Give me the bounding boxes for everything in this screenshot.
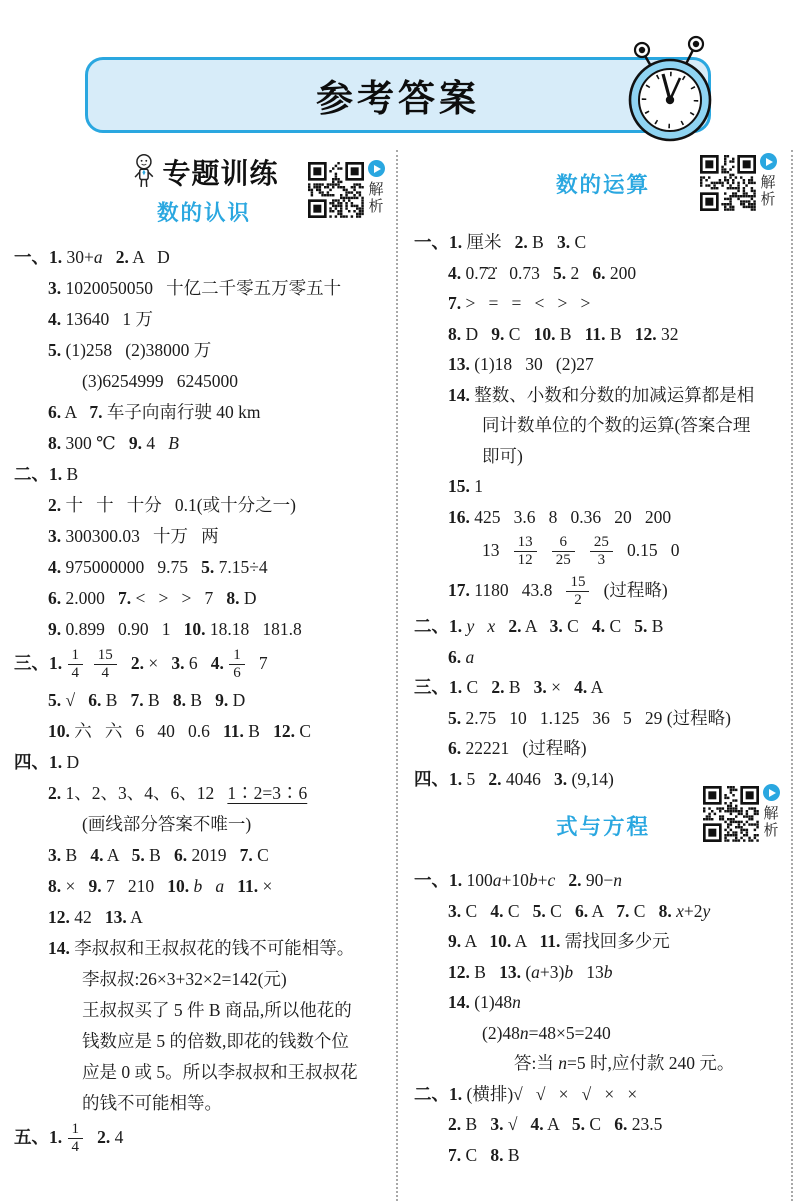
page-title: 参考答案 [316, 68, 480, 122]
answer-lines-number-recognition: 一、1. 30+a 2. A D3. 1020050050 十亿二千零五万零五十… [14, 242, 386, 1158]
answer-line: 8. × 9. 7 210 10. b a 11. × [14, 871, 386, 902]
answer-line: 5. 2.75 10 1.125 36 5 29 (过程略) [414, 703, 792, 734]
left-column-header: 专题训练 数的认识 解析 [14, 152, 386, 238]
fraction: 14 [68, 647, 84, 683]
qr-block: 解析 [700, 155, 778, 211]
fraction: 16 [229, 647, 245, 683]
answer-line: 14. (1)48n [414, 987, 792, 1018]
answer-line: 2. 十 十 十分 0.1(或十分之一) [14, 490, 386, 521]
answer-line: (2)48n=48×5=240 [414, 1018, 792, 1049]
answer-line: 3. 1020050050 十亿二千零五万零五十 [14, 273, 386, 304]
answer-line: (画线部分答案不唯一) [14, 809, 386, 840]
answer-line: 一、1. 30+a 2. A D [14, 242, 386, 273]
answer-line: 12. 42 13. A [14, 902, 386, 933]
qr-label: 解析 [368, 182, 385, 217]
answer-line: 一、1. 100a+10b+c 2. 90−n [414, 865, 792, 896]
answer-line: 10. 六 六 6 40 0.6 11. B 12. C [14, 716, 386, 747]
column-divider [396, 150, 398, 1201]
fraction: 253 [590, 534, 613, 570]
play-icon [368, 160, 385, 177]
answer-page: 参考答案 [0, 0, 800, 1201]
qr-code-icon [703, 786, 759, 842]
answer-line: 4. 13640 1 万 [14, 304, 386, 335]
answer-line: 二、1. (横排)√ √ × √ × × [414, 1079, 792, 1110]
answer-line: 李叔叔:26×3+32×2=142(元) [14, 964, 386, 995]
qr-block: 解析 [308, 162, 386, 218]
answer-line: 16. 425 3.6 8 0.36 20 200 [414, 502, 792, 533]
left-column: 专题训练 数的认识 解析 一、1. 30+a 2. A D3. 10200500… [14, 152, 386, 1158]
answer-line: 即可) [414, 441, 792, 472]
answer-line: 14. 整数、小数和分数的加减运算都是相 [414, 380, 792, 411]
answer-line: 2. B 3. √ 4. A 5. C 6. 23.5 [414, 1109, 792, 1140]
brand-title: 专题训练 [162, 152, 278, 192]
answer-line: 13 1312 625 253 0.15 0 [414, 532, 792, 572]
answer-line: 3. C 4. C 5. C 6. A 7. C 8. x+2y [414, 896, 792, 927]
answer-line: 5. √ 6. B 7. B 8. B 9. D [14, 685, 386, 716]
answer-line: 9. 0.899 0.90 1 10. 18.18 181.8 [14, 614, 386, 645]
answer-line: 一、1. 厘米 2. B 3. C [414, 227, 792, 258]
answer-line: 7. C 8. B [414, 1140, 792, 1171]
fraction: 14 [68, 1121, 84, 1157]
section-header-number-operations: 数的运算 解析 [414, 152, 792, 223]
answer-line: 王叔叔买了 5 件 B 商品,所以他花的 [14, 995, 386, 1026]
answer-line: 三、1. C 2. B 3. × 4. A [414, 672, 792, 703]
answer-line: 二、1. y x 2. A 3. C 4. C 5. B [414, 611, 792, 642]
answer-line: 6. 2.000 7. < > > 7 8. D [14, 583, 386, 614]
answer-line: 二、1. B [14, 459, 386, 490]
answer-lines-number-operations: 一、1. 厘米 2. B 3. C4. 0.7̇2̇ 0.73 5. 2 6. … [414, 227, 792, 794]
answer-line: 15. 1 [414, 471, 792, 502]
answer-line: 8. D 9. C 10. B 11. B 12. 32 [414, 319, 792, 350]
answer-line: 6. A 7. 车子向南行驶 40 km [14, 397, 386, 428]
answer-line: (3)6254999 6245000 [14, 366, 386, 397]
answer-line: 应是 0 或 5。所以李叔叔和王叔叔花 [14, 1057, 386, 1088]
fraction: 152 [566, 574, 589, 610]
answer-line: 12. B 13. (a+3)b 13b [414, 957, 792, 988]
play-icon [760, 153, 777, 170]
qr-label: 解析 [763, 806, 780, 841]
fraction: 154 [94, 647, 117, 683]
answer-line: 4. 975000000 9.75 5. 7.15÷4 [14, 552, 386, 583]
section-header-expressions-equations: 式与方程 解析 [414, 804, 792, 861]
answer-line: 钱数应是 5 的倍数,即花的钱数个位 [14, 1026, 386, 1057]
answer-line: 8. 300 ℃ 9. 4 B [14, 428, 386, 459]
answer-line: 13. (1)18 30 (2)27 [414, 349, 792, 380]
answer-line: 5. (1)258 (2)38000 万 [14, 335, 386, 366]
answer-line: 的钱不可能相等。 [14, 1088, 386, 1119]
answer-lines-expressions-equations: 一、1. 100a+10b+c 2. 90−n3. C 4. C 5. C 6.… [414, 865, 792, 1170]
fraction: 1312 [514, 534, 537, 570]
answer-line: 四、1. D [14, 747, 386, 778]
play-icon [763, 784, 780, 801]
answer-line: 3. B 4. A 5. B 6. 2019 7. C [14, 840, 386, 871]
student-icon [129, 153, 157, 191]
answer-line: 三、1. 14 154 2. × 3. 6 4. 16 7 [14, 645, 386, 685]
right-column: 数的运算 解析 一、1. 厘米 2. B 3. C4. 0.7̇2̇ 0.73 … [414, 152, 792, 1170]
answer-line: 7. > = = < > > [414, 288, 792, 319]
answer-line: 4. 0.7̇2̇ 0.73 5. 2 6. 200 [414, 258, 792, 289]
qr-side: 解析 [758, 155, 778, 210]
answer-line: 6. a [414, 642, 792, 673]
qr-code-icon [308, 162, 364, 218]
qr-block: 解析 [703, 786, 781, 842]
answer-line: 17. 1180 43.8 152 (过程略) [414, 572, 792, 612]
answer-line: 答:当 n=5 时,应付款 240 元。 [414, 1048, 792, 1079]
qr-side: 解析 [366, 162, 386, 217]
answer-line: 9. A 10. A 11. 需找回多少元 [414, 926, 792, 957]
fraction: 625 [552, 534, 575, 570]
qr-code-icon [700, 155, 756, 211]
qr-label: 解析 [760, 175, 777, 210]
alarm-clock-icon [616, 34, 724, 144]
answer-line: 五、1. 14 2. 4 [14, 1119, 386, 1159]
answer-line: 同计数单位的个数的运算(答案合理 [414, 410, 792, 441]
answer-line: 2. 1、2、3、4、6、12 1∶2=3∶6 [14, 778, 386, 809]
answer-line: 14. 李叔叔和王叔叔花的钱不可能相等。 [14, 933, 386, 964]
answer-line: 3. 300300.03 十万 两 [14, 521, 386, 552]
qr-side: 解析 [761, 786, 781, 841]
answer-line: 6. 22221 (过程略) [414, 733, 792, 764]
